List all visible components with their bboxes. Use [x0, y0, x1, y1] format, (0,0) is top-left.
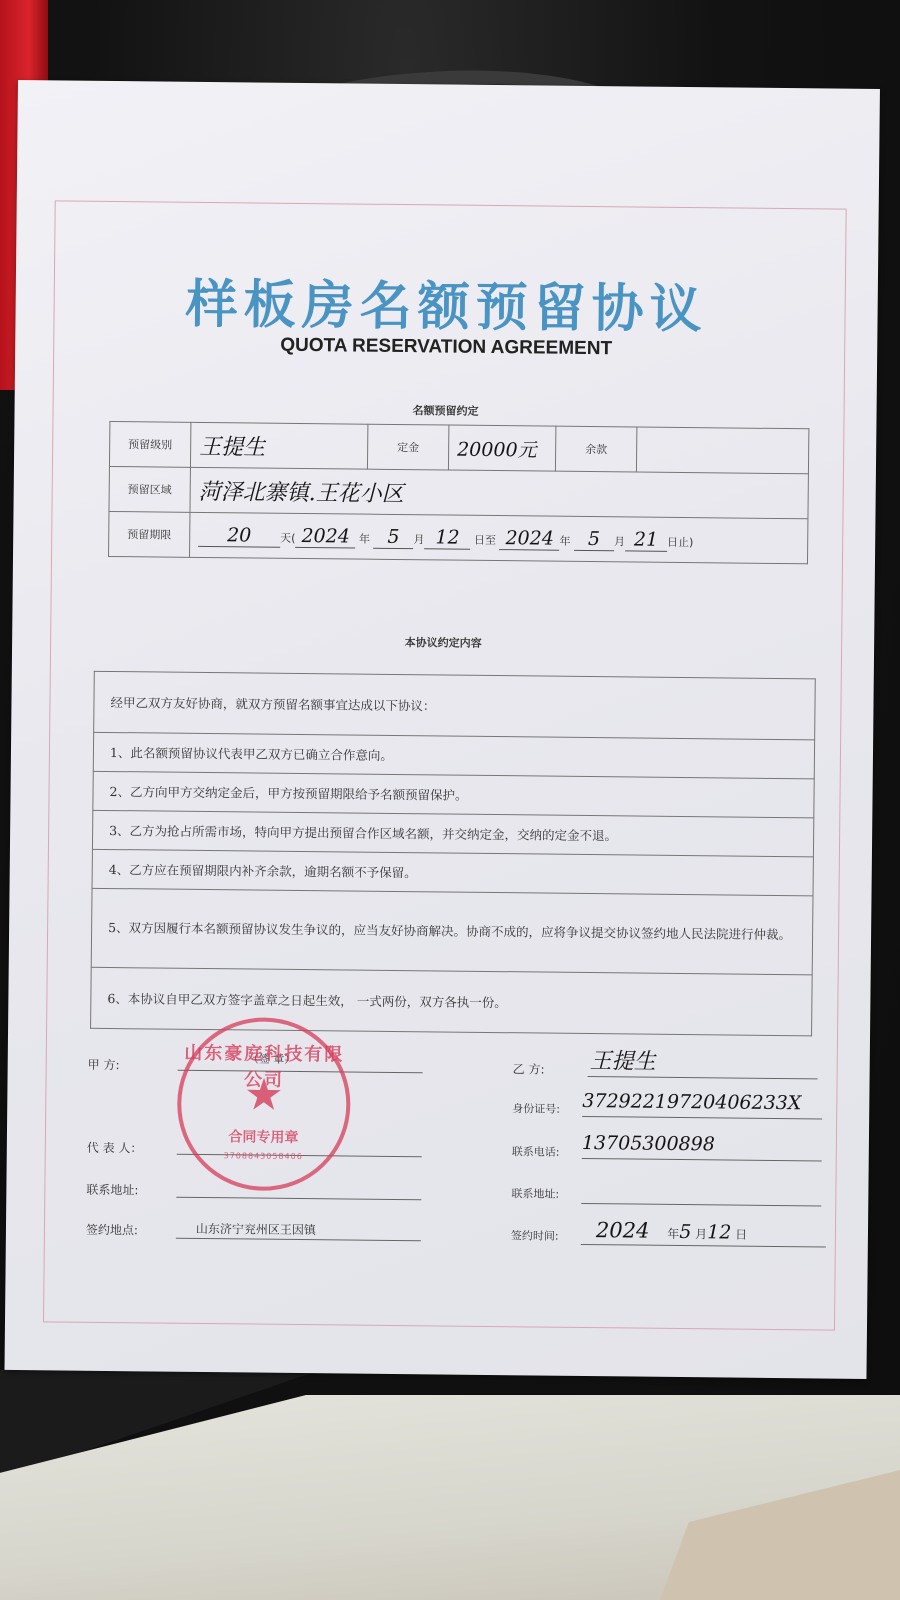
start-day: 12 [424, 526, 470, 549]
party-b-id-label: 身份证号: [512, 1100, 560, 1116]
term-item: 6、本协议自甲乙双方签字盖章之日起生效， 一式两份，双方各执一份。 [91, 967, 813, 1036]
party-b-time-value: 2024 年5 月12 日 [586, 1218, 826, 1245]
party-b-phone-value: 13705300898 [582, 1132, 715, 1155]
deposit-value: 20000元 [448, 425, 555, 471]
end-year: 2024 [499, 527, 559, 551]
party-b-id-value: 37292219720406233X [582, 1090, 801, 1114]
party-b-label: 乙 方: [513, 1060, 545, 1077]
seal-star-icon: ★ [181, 1069, 347, 1122]
area-label: 预留区域 [109, 466, 190, 512]
level-value: 王提生 [190, 422, 367, 469]
end-month: 5 [574, 527, 614, 550]
party-a-place-value: 山东济宁兖州区王因镇 [196, 1220, 316, 1238]
party-b-phone-label: 联系电话: [512, 1143, 560, 1159]
reservation-row-area: 预留区域 菏泽北寨镇.王花小区 [109, 466, 808, 518]
company-seal: 山东豪庭科技有限公司 ★ 合同专用章 3708843058406 [176, 1017, 351, 1192]
period-label: 预留期限 [109, 511, 190, 557]
party-b-time-label: 签约时间: [511, 1227, 559, 1243]
agreement-paper: 样板房名额预留协议 QUOTA RESERVATION AGREEMENT 名额… [4, 80, 879, 1379]
seal-number: 3708843058406 [181, 1151, 346, 1162]
reservation-row-period: 预留期限 20天(2024 年 5月12 日至 2024年 5月21日止) [109, 511, 808, 563]
end-day: 21 [625, 528, 667, 551]
area-value: 菏泽北寨镇.王花小区 [190, 467, 808, 518]
terms-table: 经甲乙双方友好协商，就双方预留名额事宜达成以下协议： 1、此名额预留协议代表甲乙… [90, 671, 816, 1037]
deposit-label: 定金 [367, 424, 448, 470]
reservation-row-level: 预留级别 王提生 定金 20000元 余款 [109, 421, 808, 473]
party-b-address-label: 联系地址: [511, 1185, 559, 1201]
term-item: 5、双方因履行本名额预留协议发生争议的，应当友好协商解决。协商不成的，应将争议提… [91, 888, 813, 975]
level-label: 预留级别 [109, 421, 190, 467]
balance-label: 余款 [555, 426, 636, 472]
start-year: 2024 [295, 524, 355, 548]
reservation-table: 预留级别 王提生 定金 20000元 余款 预留区域 菏泽北寨镇.王花小区 预留… [108, 421, 809, 564]
period-value: 20天(2024 年 5月12 日至 2024年 5月21日止) [190, 512, 808, 563]
document-title: 样板房名额预留协议 [15, 260, 878, 344]
party-a-address-label: 联系地址: [86, 1181, 138, 1199]
party-a-place-label: 签约地点: [86, 1221, 138, 1239]
seal-purpose: 合同专用章 [181, 1126, 346, 1148]
balance-value [636, 427, 808, 474]
terms-intro: 经甲乙双方友好协商，就双方预留名额事宜达成以下协议： [94, 671, 816, 740]
period-days: 20 [198, 523, 280, 547]
start-month: 5 [373, 525, 413, 548]
party-a-rep-label: 代 表 人： [87, 1139, 143, 1157]
party-b-name: 王提生 [590, 1044, 656, 1076]
party-a-label: 甲 方: [88, 1056, 120, 1073]
